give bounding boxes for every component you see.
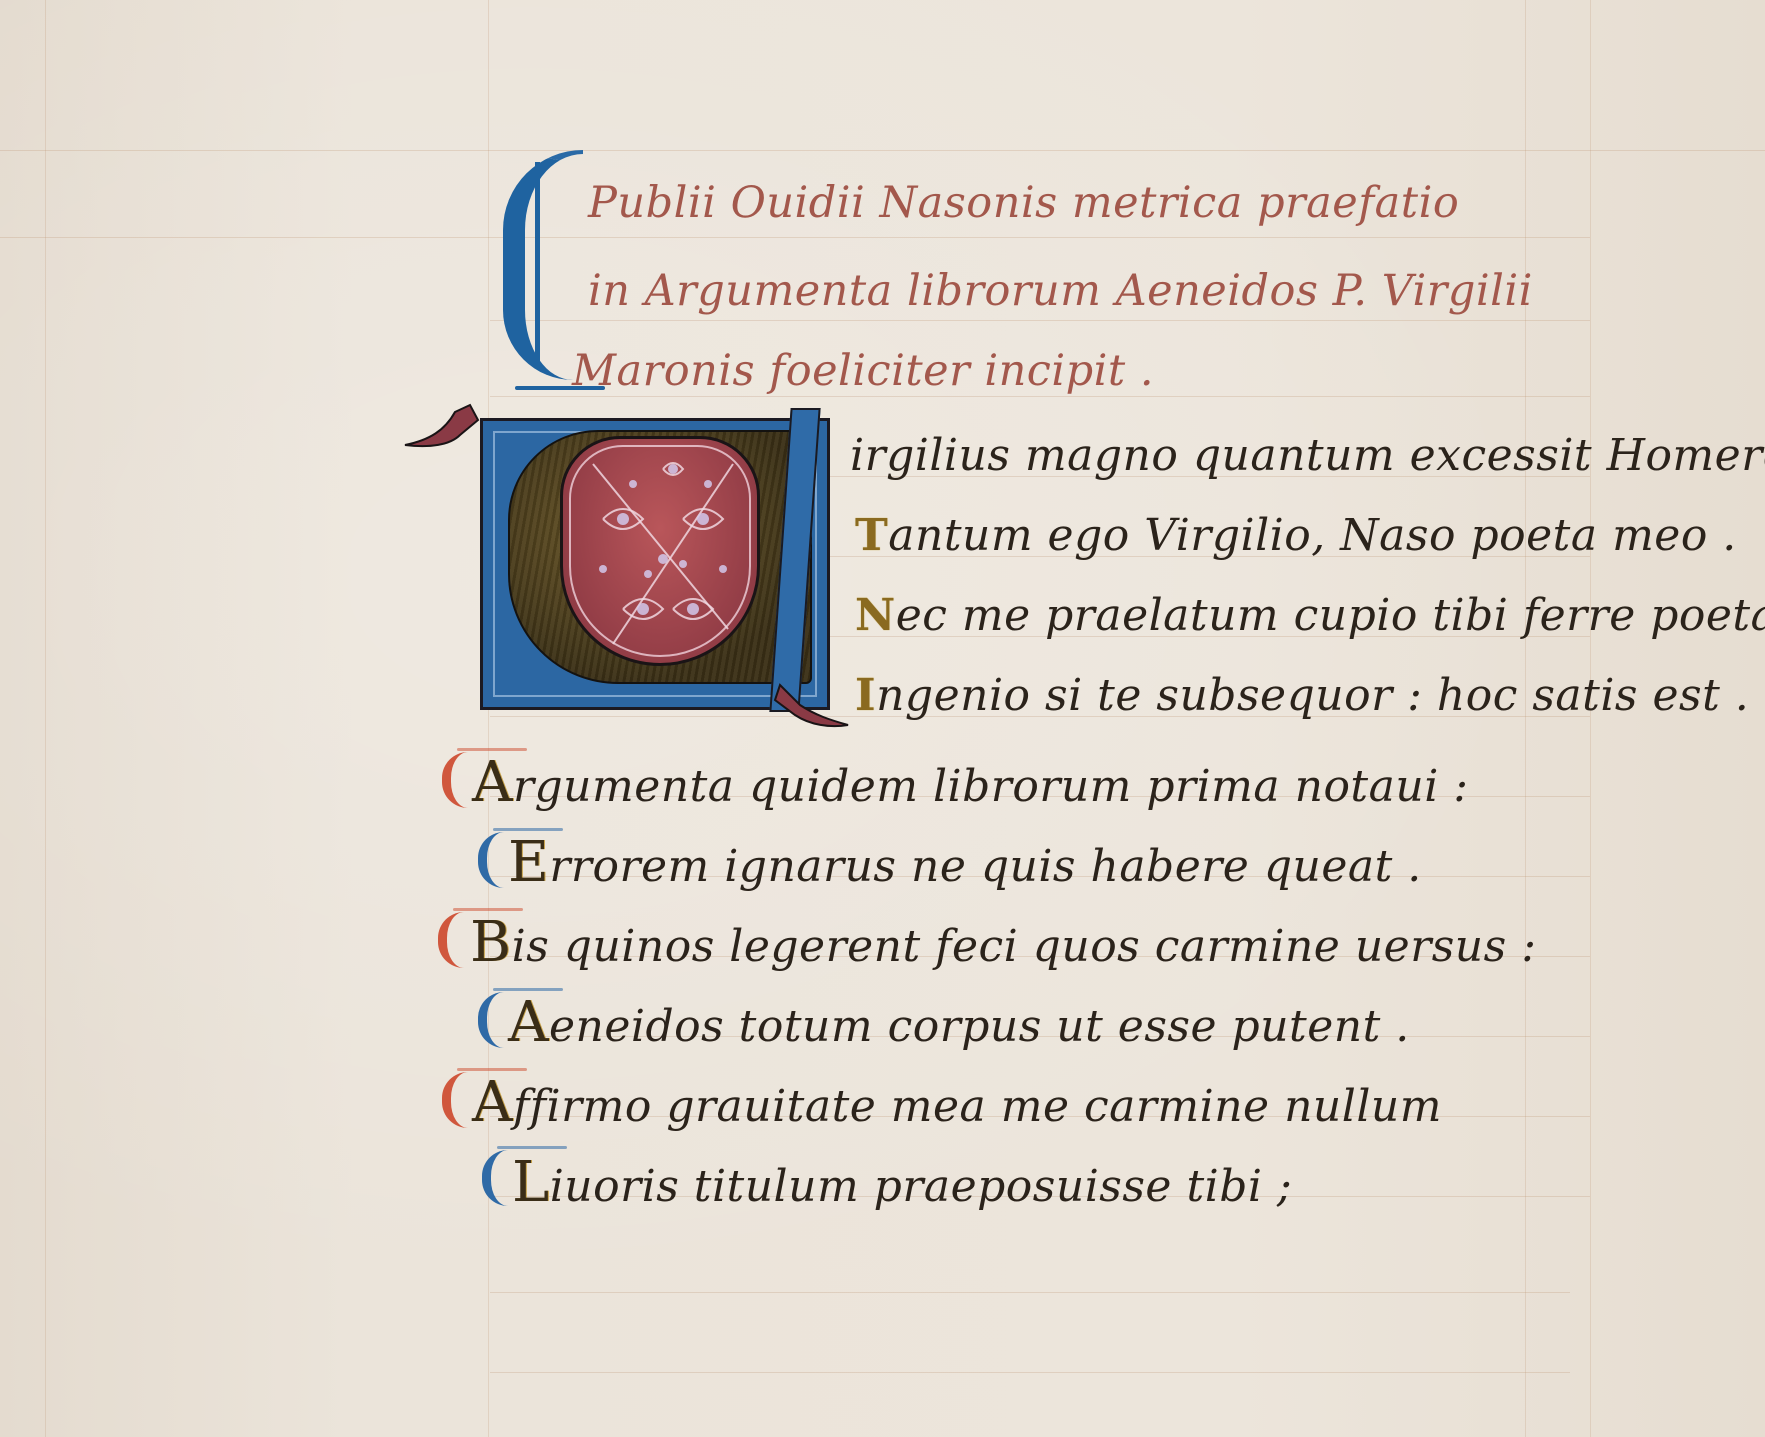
verse-line-8: Aeneidos totum corpus ut esse putent .: [508, 990, 1410, 1055]
verse-text: rgumenta quidem librorum prima notaui :: [513, 761, 1469, 812]
verse-initial-gold: B: [470, 910, 512, 975]
ruling-horizontal: [490, 396, 1590, 397]
verse-initial-gold: L: [512, 1150, 550, 1215]
verse-text: rrorem ignarus ne quis habere queat .: [549, 841, 1421, 892]
illuminated-initial-icon: [480, 400, 850, 720]
verse-initial-gold: A: [508, 990, 549, 1055]
rubric-line-2: in Argumenta librorum Aeneidos P. Virgil…: [588, 266, 1533, 316]
verse-line-2: Tantum ego Virgilio, Naso poeta meo .: [855, 510, 1737, 561]
verse-initial-gold: T: [855, 510, 888, 561]
verse-initial-gold: A: [472, 1070, 513, 1135]
verse-line-1: irgilius magno quantum excessit Homero :: [850, 430, 1765, 481]
verse-text: iuoris titulum praeposuisse tibi ;: [550, 1161, 1293, 1212]
rubric-line-1: Publii Ouidii Nasonis metrica praefatio: [588, 178, 1459, 228]
blue-paraph-mark-icon: [482, 1150, 512, 1206]
red-paraph-mark-icon: [442, 752, 472, 808]
verse-initial-gold: I: [855, 670, 876, 721]
verse-text: ngenio si te subsequor : hoc satis est .: [876, 670, 1749, 721]
red-paraph-mark-icon: [442, 1072, 472, 1128]
verse-text: ec me praelatum cupio tibi ferre poeta :: [896, 590, 1765, 641]
verse-line-4: Ingenio si te subsequor : hoc satis est …: [855, 670, 1749, 721]
verse-text: ffirmo grauitate mea me carmine nullum: [513, 1081, 1442, 1132]
verse-line-7: Bis quinos legerent feci quos carmine ue…: [470, 910, 1537, 975]
verse-line-5: Argumenta quidem librorum prima notaui :: [472, 750, 1469, 815]
blue-paraph-mark-icon: [478, 992, 508, 1048]
rubric-line-3: Maronis foeliciter incipit .: [572, 346, 1154, 396]
verse-line-6: Errorem ignarus ne quis habere queat .: [508, 830, 1422, 895]
ruling-horizontal: [0, 150, 1765, 151]
red-paraph-mark-icon: [438, 912, 468, 968]
ruling-horizontal: [490, 1372, 1570, 1373]
ruling-horizontal: [490, 320, 1590, 321]
ruling-horizontal: [490, 1292, 1570, 1293]
verse-initial-gold: N: [855, 590, 896, 641]
verse-initial-gold: E: [508, 830, 549, 895]
verse-text: eneidos totum corpus ut esse putent .: [549, 1001, 1410, 1052]
verse-text: antum ego Virgilio, Naso poeta meo .: [888, 510, 1737, 561]
ruling-horizontal: [0, 237, 1590, 238]
verse-initial-gold: A: [472, 750, 513, 815]
heading-paraph-mark-icon: [503, 150, 583, 380]
manuscript-folio: Publii Ouidii Nasonis metrica praefatio …: [0, 0, 1765, 1437]
verse-line-3: Nec me praelatum cupio tibi ferre poeta …: [855, 590, 1765, 641]
verse-text: irgilius magno quantum excessit Homero :: [850, 430, 1765, 481]
verse-line-10: Liuoris titulum praeposuisse tibi ;: [512, 1150, 1292, 1215]
initial-bowl: [560, 436, 760, 666]
verse-line-9: Affirmo grauitate mea me carmine nullum: [472, 1070, 1442, 1135]
verse-text: is quinos legerent feci quos carmine uer…: [512, 921, 1537, 972]
blue-paraph-mark-icon: [478, 832, 508, 888]
ruling-vertical: [45, 0, 46, 1437]
